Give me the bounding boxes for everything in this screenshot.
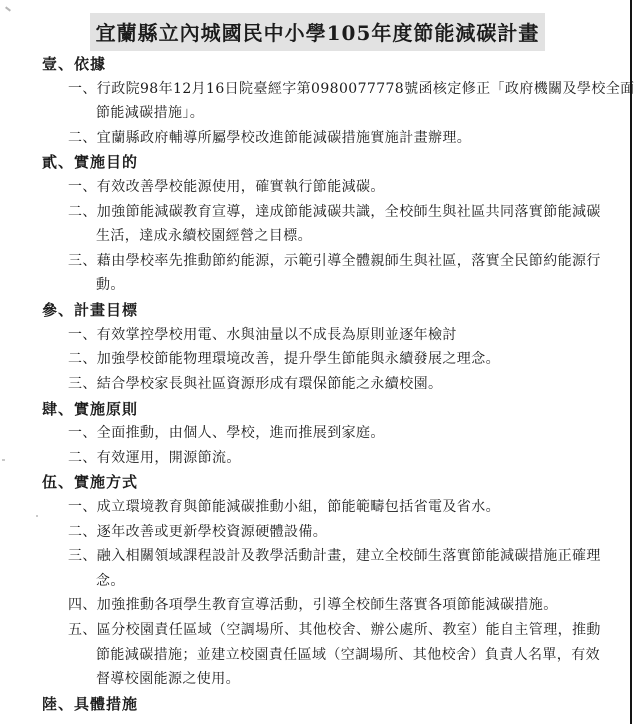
list-item-line: 三、融入相關領域課程設計及教學活動計畫，建立全校師生落實節能減碳措施正確理 — [0, 544, 635, 569]
list-item-line: 一、成立環境教育與節能減碳推動小組，節能範疇包括省電及省水。 — [0, 495, 635, 520]
section-heading: 伍、實施方式 — [0, 470, 635, 495]
section-heading: 壹、依據 — [0, 52, 635, 77]
list-item-line: 三、結合學校家長與社區資源形成有環保節能之永續校園。 — [0, 372, 635, 397]
list-item-line: 四、加強推動各項學生教育宣導活動，引導全校師生落實各項節能減碳措施。 — [0, 593, 635, 618]
list-item-line: 三、藉由學校率先推動節約能源，示範引導全體親師生與社區，落實全民節約能源行 — [0, 249, 635, 274]
scanned-document-page: 宜蘭縣立內城國民中小學105年度節能減碳計畫 壹、依據一、行政院98年12月16… — [0, 0, 635, 724]
list-item-continuation: 督導校園能源之使用。 — [0, 667, 635, 692]
scan-speck — [5, 6, 11, 11]
list-item-continuation: 節能減碳措施；並建立校園責任區域（空調場所、其他校舍）負責人名單，有效 — [0, 643, 635, 668]
scan-edge-line — [630, 0, 632, 724]
list-item-continuation: 節能減碳措施」。 — [0, 101, 635, 126]
document-title: 宜蘭縣立內城國民中小學105年度節能減碳計畫 — [90, 13, 546, 51]
list-item-continuation: 念。 — [0, 569, 635, 594]
list-item-line: 一、有效掌控學校用電、水與油量以不成長為原則並逐年檢討 — [0, 323, 635, 348]
list-item-line: 一、全面推動，由個人、學校，進而推展到家庭。 — [0, 421, 635, 446]
list-item-line: 二、加強學校節能物理環境改善，提升學生節能與永續發展之理念。 — [0, 347, 635, 372]
list-item-continuation: 生活，達成永續校園經營之目標。 — [0, 224, 635, 249]
document-title-row: 宜蘭縣立內城國民中小學105年度節能減碳計畫 — [0, 13, 635, 51]
document-body: 壹、依據一、行政院98年12月16日院臺經字第0980077778號函核定修正「… — [0, 52, 635, 716]
section-heading: 參、計畫目標 — [0, 298, 635, 323]
list-item-line: 二、有效運用，開源節流。 — [0, 446, 635, 471]
list-item-line: 二、逐年改善或更新學校資源硬體設備。 — [0, 520, 635, 545]
section-heading: 肆、實施原則 — [0, 397, 635, 422]
list-item-line: 二、加強節能減碳教育宣導，達成節能減碳共識，全校師生與社區共同落實節能減碳 — [0, 200, 635, 225]
list-item-line: 二、宜蘭縣政府輔導所屬學校改進節能減碳措施實施計畫辦理。 — [0, 126, 635, 151]
list-item-line: 五、區分校園責任區域（空調場所、其他校舍、辦公處所、教室）能自主管理，推動 — [0, 618, 635, 643]
list-item-line: 一、有效改善學校能源使用，確實執行節能減碳。 — [0, 175, 635, 200]
list-item-line: 一、行政院98年12月16日院臺經字第0980077778號函核定修正「政府機關… — [0, 77, 635, 102]
list-item-continuation: 動。 — [0, 273, 635, 298]
section-heading: 陸、具體措施 — [0, 692, 635, 717]
section-heading: 貳、實施目的 — [0, 150, 635, 175]
